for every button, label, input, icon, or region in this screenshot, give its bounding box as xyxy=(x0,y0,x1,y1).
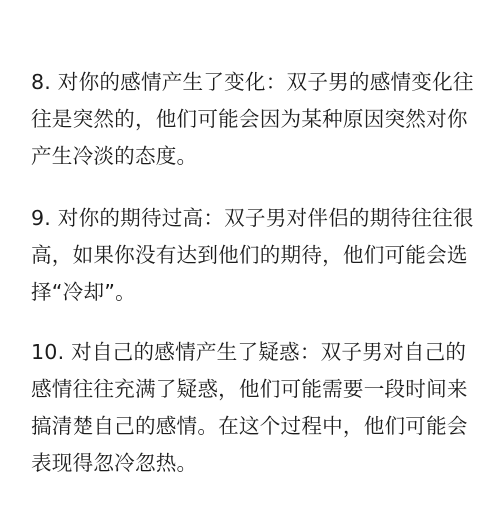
article-body: 8. 对你的感情产生了变化：双子男的感情变化往往是突然的，他们可能会因为某种原因… xyxy=(31,64,479,482)
paragraph-item-8: 8. 对你的感情产生了变化：双子男的感情变化往往是突然的，他们可能会因为某种原因… xyxy=(31,64,479,175)
paragraph-item-10: 10. 对自己的感情产生了疑惑：双子男对自己的感情往往充满了疑惑，他们可能需要一… xyxy=(31,334,479,482)
paragraph-item-9: 9. 对你的期待过高：双子男对伴侣的期待往往很高，如果你没有达到他们的期待，他们… xyxy=(31,200,479,311)
